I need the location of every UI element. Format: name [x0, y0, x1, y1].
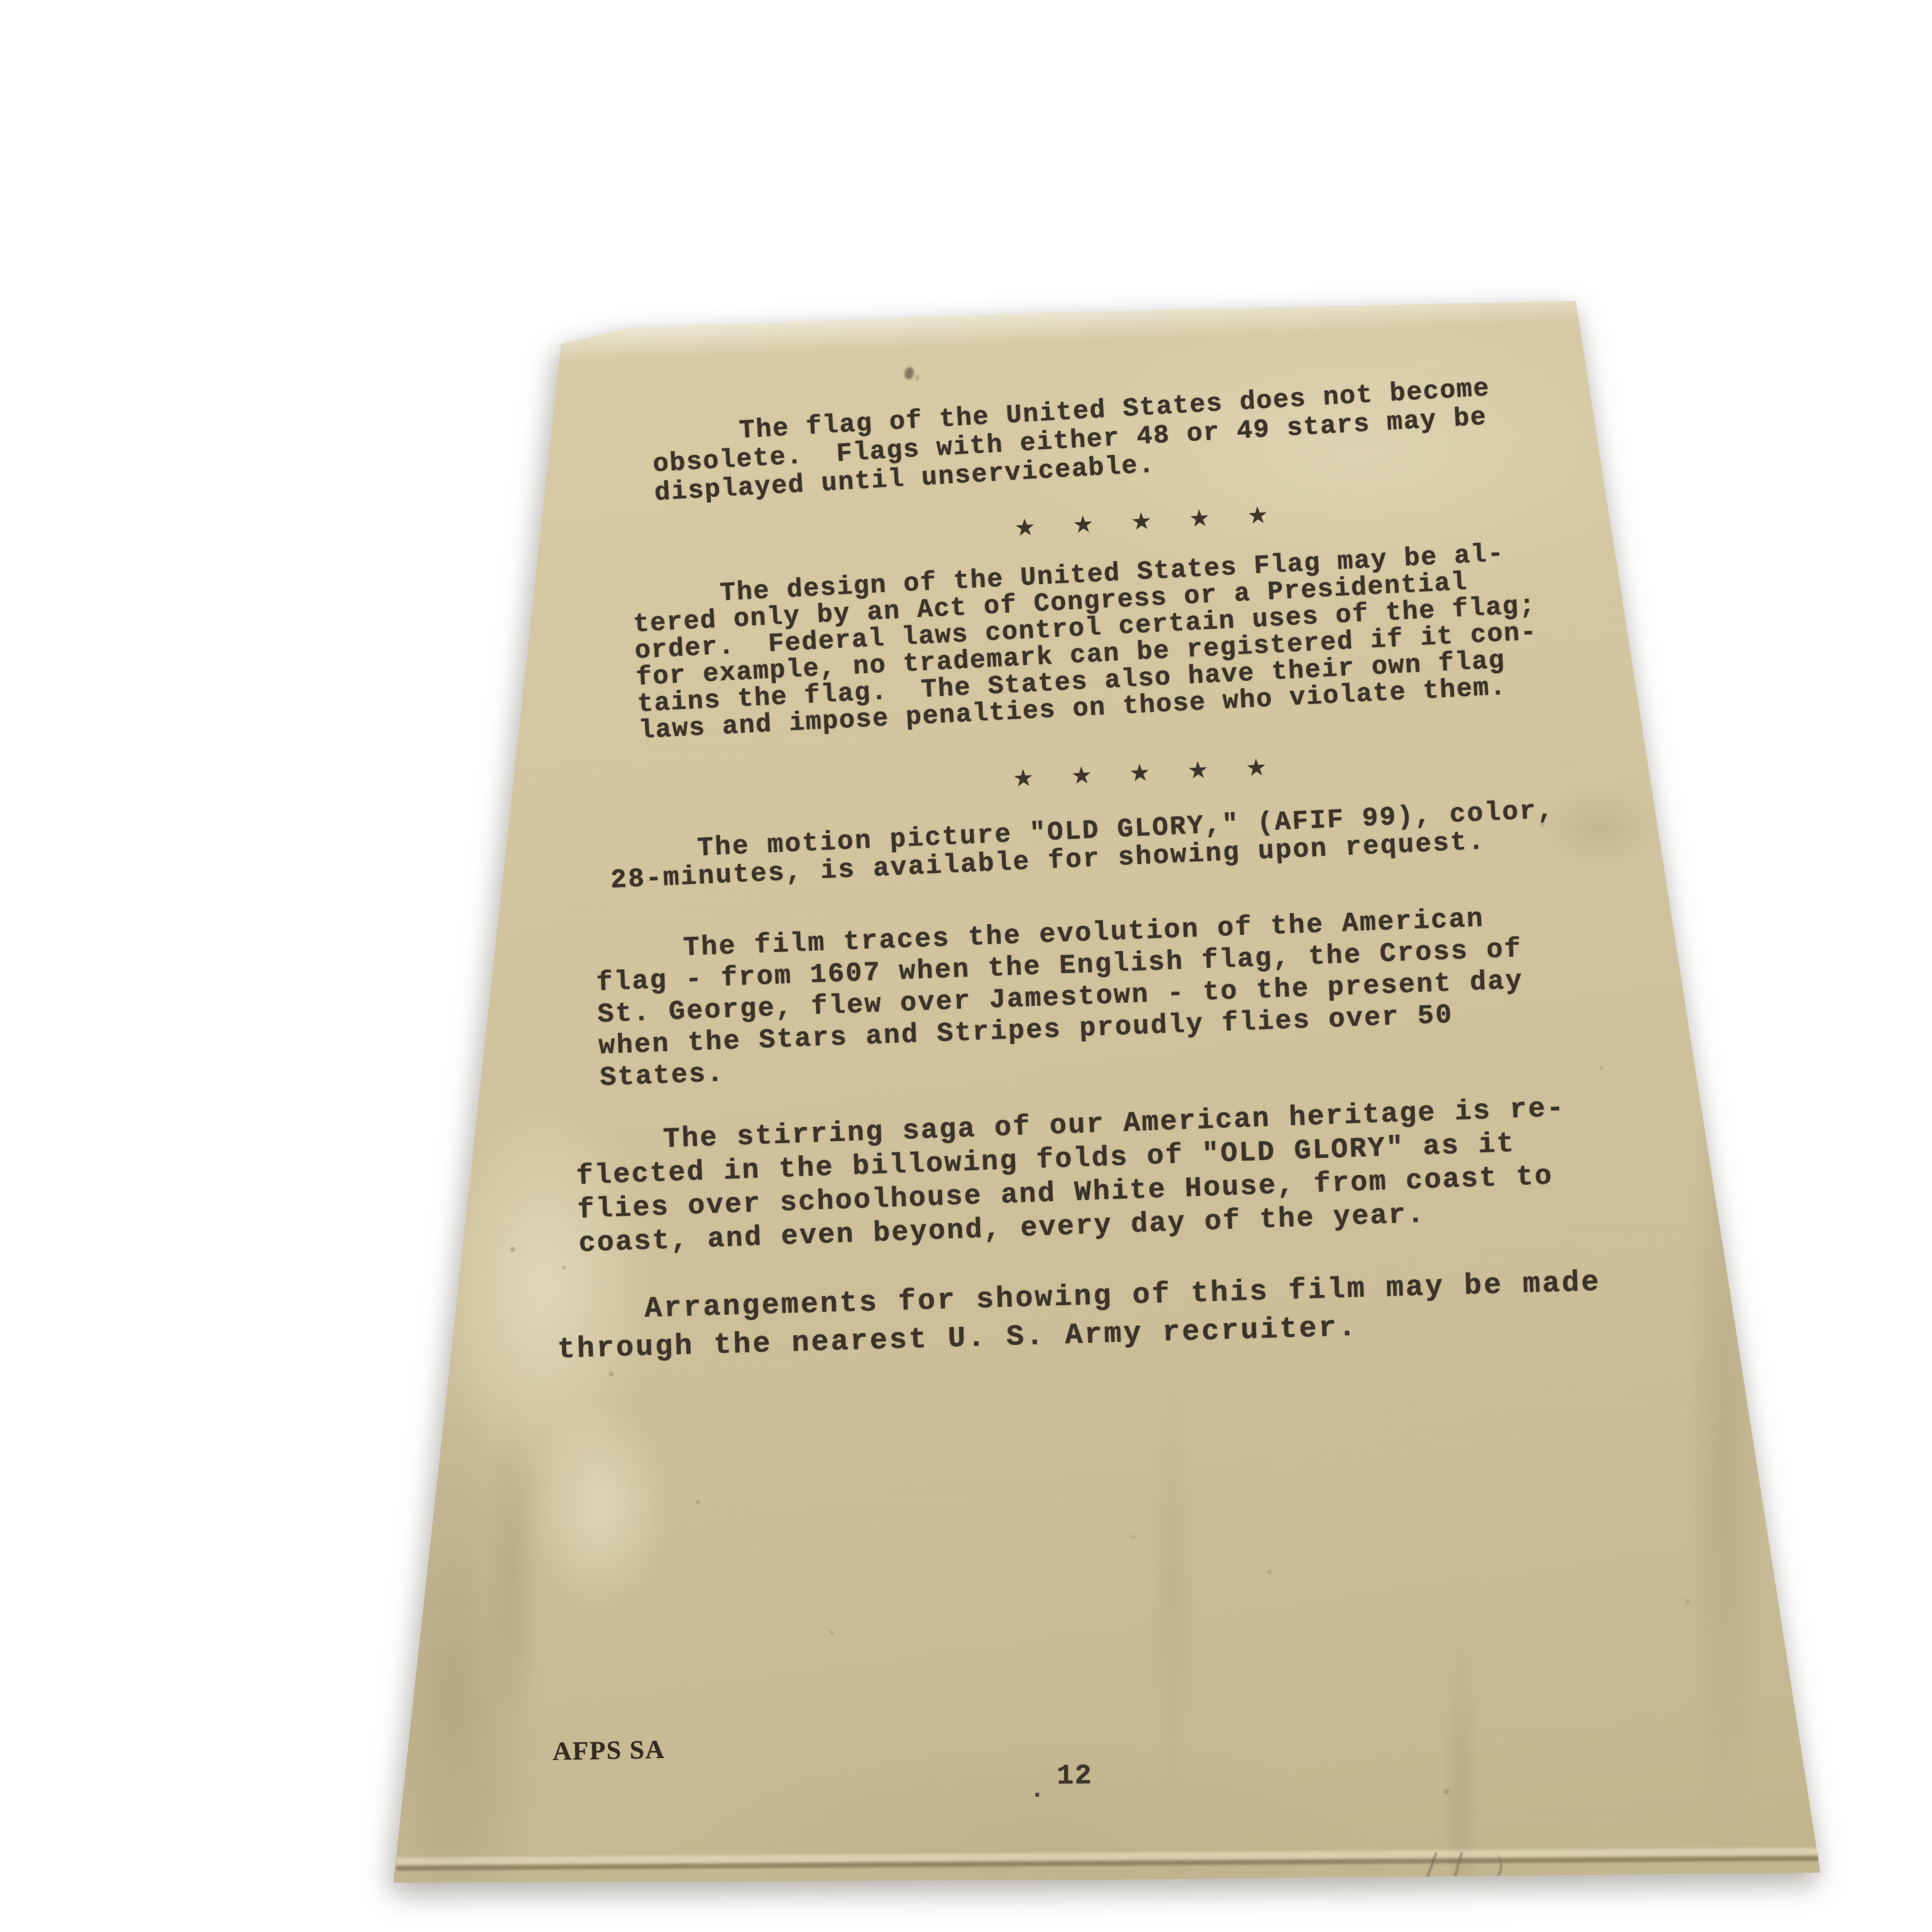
paper-top-edge-highlight: [553, 280, 1596, 362]
paragraph-flag-obsolete: The flag of the United States does not b…: [651, 374, 1494, 507]
pencil-stroke: [1475, 1849, 1507, 1890]
paragraph-motion-picture: The motion picture "OLD GLORY," (AFIF 99…: [609, 796, 1557, 895]
page-number: 12: [1057, 1759, 1093, 1792]
stray-dot-mark: .: [1029, 1775, 1045, 1805]
paragraph-arrangements: Arrangements for showing of this film ma…: [556, 1264, 1602, 1370]
photo-canvas: The flag of the United States does not b…: [0, 0, 1932, 1932]
stain-speckles: [0, 0, 3, 3]
paper-shadow: The flag of the United States does not b…: [0, 0, 1932, 1932]
paragraph-flag-design-law: The design of the United States Flag may…: [631, 539, 1541, 744]
footer-agency-code: AFPS SA: [552, 1735, 665, 1766]
star-separator-icon: ★ ★ ★ ★ ★: [1012, 753, 1282, 792]
star-separator-icon: ★ ★ ★ ★ ★: [1014, 500, 1284, 541]
pencil-scribble-marks: [1423, 1845, 1515, 1914]
paragraph-film-evolution: The film traces the evolution of the Ame…: [595, 902, 1526, 1094]
ink-smudge: [905, 367, 914, 379]
paper-sheet: The flag of the United States does not b…: [0, 0, 1932, 1932]
pencil-stroke: [1451, 1852, 1463, 1887]
paragraph-stirring-saga: The stirring saga of our American herita…: [575, 1091, 1569, 1261]
